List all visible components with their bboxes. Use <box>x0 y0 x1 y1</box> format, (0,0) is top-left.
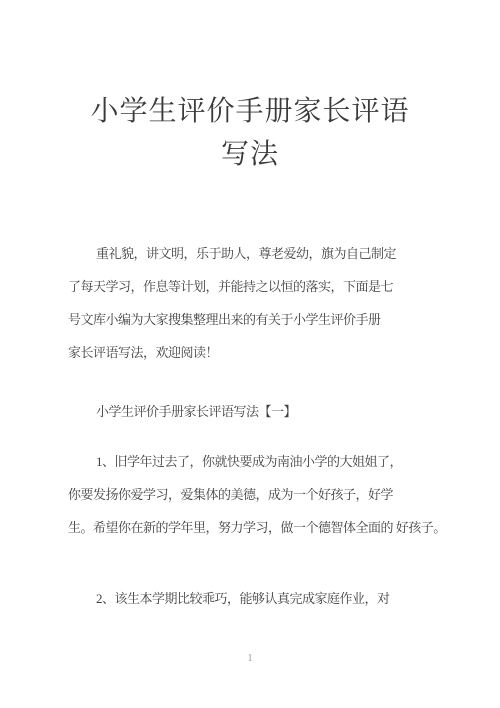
list-item: 1、旧学年过去了，你就快要成为南油小学的大姐姐了， 你要发扬你爱学习，爱集体的美… <box>68 445 464 544</box>
section-heading: 小学生评价手册家长评语写法【一】 <box>68 395 464 428</box>
text-line: 你要发扬你爱学习，爱集体的美德，成为一个好孩子，好学 <box>68 478 464 511</box>
section-heading-text: 小学生评价手册家长评语写法【一】 <box>68 395 464 428</box>
text-line: 2、该生本学期比较乖巧，能够认真完成家庭作业，对 <box>68 582 464 615</box>
text-line: 家长评语写法，欢迎阅读！ <box>68 336 464 369</box>
text-line: 重礼貌，讲文明，乐于助人，尊老爱幼，旗为自己制定 <box>68 237 464 270</box>
text-line: 1、旧学年过去了，你就快要成为南油小学的大姐姐了， <box>68 445 464 478</box>
doc-title: 小学生评价手册家长评语 写法 <box>0 90 500 176</box>
text-line: 号文库小编为大家搜集整理出来的有关于小学生评价手册 <box>68 303 464 336</box>
list-item: 2、该生本学期比较乖巧，能够认真完成家庭作业，对 <box>68 582 464 615</box>
text-line: 生。希望你在新的学年里，努力学习，做一个德智体全面的 好孩子。 <box>68 511 464 544</box>
text-line: 了每天学习，作息等计划，并能持之以恒的落实，下面是七 <box>68 270 464 303</box>
intro-paragraph: 重礼貌，讲文明，乐于助人，尊老爱幼，旗为自己制定 了每天学习，作息等计划，并能持… <box>68 237 464 369</box>
doc-title-line-2: 写法 <box>0 133 500 176</box>
document-page: 小学生评价手册家长评语 写法 重礼貌，讲文明，乐于助人，尊老爱幼，旗为自己制定 … <box>0 0 500 708</box>
page-number: 1 <box>0 652 500 666</box>
doc-title-line-1: 小学生评价手册家长评语 <box>0 90 500 133</box>
